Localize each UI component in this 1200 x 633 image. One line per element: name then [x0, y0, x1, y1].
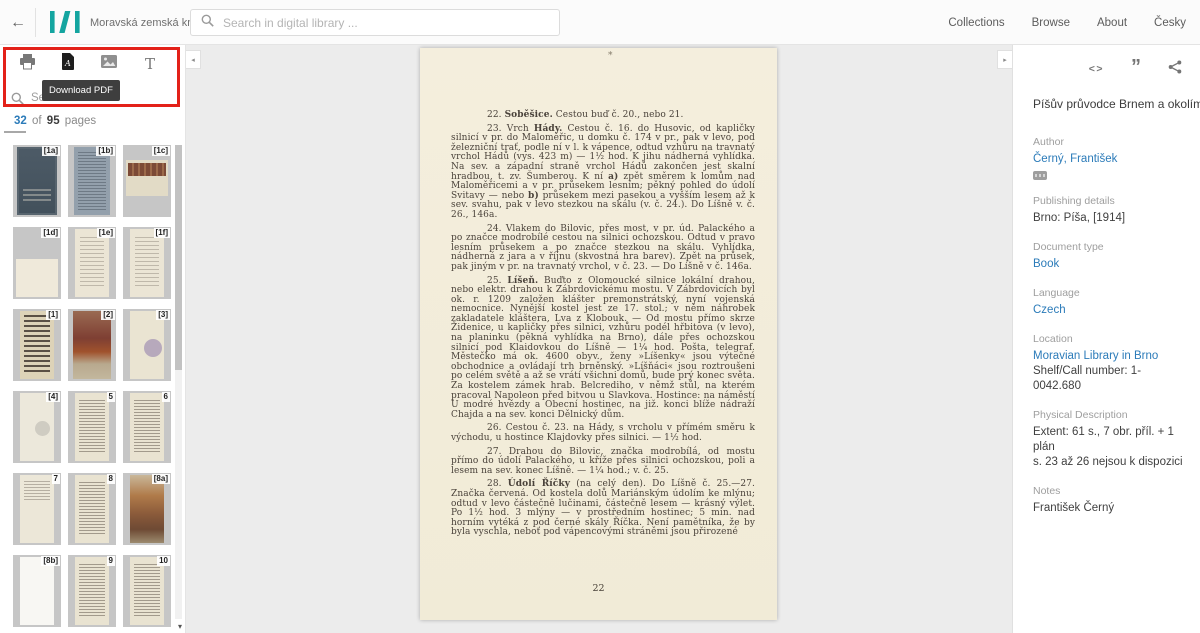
- thumbnail-image: [130, 557, 164, 625]
- thumbnail-image: [75, 229, 109, 297]
- app-window: ← Moravská zemská knihovna Search in dig…: [0, 0, 1200, 633]
- global-search-input[interactable]: Search in digital library ...: [190, 9, 560, 36]
- embed-code-icon[interactable]: <>: [1089, 63, 1104, 75]
- thumbnail-label: [8a]: [152, 474, 170, 484]
- page-text: 22. Soběšice. Cestou buď č. 20., nebo 21…: [451, 111, 755, 542]
- field-value-link[interactable]: Book: [1033, 257, 1186, 272]
- thumbnail-page-5[interactable]: 5: [68, 391, 116, 463]
- thumbnail-label: 5: [107, 392, 115, 402]
- left-panel: A T Se: [0, 45, 186, 633]
- metadata-field: NotesFrantišek Černý: [1033, 485, 1186, 516]
- thumbnail-grid: [1a][1b][1c][1d][1e][1f][1][2][3][4]5678…: [13, 145, 171, 627]
- metadata-fields: AuthorČerný, FrantišekPublishing details…: [1013, 136, 1200, 516]
- share-icon[interactable]: [1168, 60, 1182, 79]
- page-paragraph: 28. Údolí Říčky (na celý den). Do Líšně …: [451, 480, 755, 538]
- metadata-field: Physical DescriptionExtent: 61 s., 7 obr…: [1033, 409, 1186, 470]
- pages-label: pages: [63, 115, 98, 127]
- document-toolbar: A T: [0, 52, 177, 76]
- citation-quote-icon[interactable]: ”: [1131, 63, 1141, 75]
- field-value: František Černý: [1033, 501, 1186, 516]
- thumbnail-page-8b[interactable]: [8b]: [13, 555, 61, 627]
- thumbnail-image: [130, 393, 164, 461]
- thumbnail-page-10[interactable]: 10: [123, 555, 171, 627]
- print-button[interactable]: [16, 53, 38, 75]
- library-logo-icon[interactable]: [50, 11, 80, 38]
- nav-collections[interactable]: Collections: [948, 17, 1004, 29]
- authority-badge-icon: [1033, 171, 1047, 180]
- page-mark: *: [608, 51, 613, 61]
- field-label: Physical Description: [1033, 409, 1186, 421]
- thumbnail-label: [3]: [156, 310, 170, 320]
- pdf-icon: A: [61, 53, 75, 75]
- back-icon[interactable]: ←: [6, 11, 30, 35]
- pager-underline: [4, 131, 26, 133]
- metadata-field: Document typeBook: [1033, 241, 1186, 272]
- thumbnail-page-1a[interactable]: [1a]: [13, 145, 61, 217]
- field-label: Language: [1033, 287, 1186, 299]
- top-bar: ← Moravská zemská knihovna Search in dig…: [0, 0, 1200, 45]
- text-icon: T: [145, 57, 155, 72]
- nav-language-cesky[interactable]: Česky: [1154, 17, 1186, 29]
- field-label: Notes: [1033, 485, 1186, 497]
- metadata-field: LocationMoravian Library in BrnoShelf/Ca…: [1033, 333, 1186, 394]
- thumbnail-page-1f[interactable]: [1f]: [123, 227, 171, 299]
- thumbnail-page-9[interactable]: 9: [68, 555, 116, 627]
- search-icon: [201, 14, 214, 32]
- viewer-area: ◂ ▸ * 22. Soběšice. Cestou buď č. 20., n…: [186, 45, 1012, 633]
- thumbnail-image: [130, 475, 164, 543]
- thumbnail-image: [130, 229, 164, 297]
- thumbnail-page-1c[interactable]: [1c]: [123, 145, 171, 217]
- nav-browse[interactable]: Browse: [1032, 17, 1070, 29]
- scrollbar-thumb[interactable]: [175, 145, 182, 370]
- image-icon: [101, 55, 117, 73]
- thumbnail-label: [1e]: [97, 228, 115, 238]
- thumbnail-label: [1c]: [152, 146, 170, 156]
- total-page-count: 95: [47, 115, 60, 127]
- page-number: 22: [420, 583, 777, 594]
- field-value-link[interactable]: Černý, František: [1033, 152, 1186, 167]
- thumbnail-label: [8b]: [41, 556, 60, 566]
- metadata-panel: <> ” Píšův průvodce Brnem a okolím Autho…: [1012, 45, 1200, 633]
- thumbnail-image: [16, 259, 58, 297]
- thumbnail-label: 10: [157, 556, 170, 566]
- current-page-count[interactable]: 32: [14, 115, 27, 127]
- field-value: Brno: Píša, [1914]: [1033, 211, 1186, 226]
- thumbnail-image: [75, 393, 109, 461]
- thumbnail-label: [2]: [101, 310, 115, 320]
- download-pdf-button[interactable]: A: [57, 53, 79, 75]
- thumbnail-label: 6: [162, 392, 170, 402]
- field-label: Author: [1033, 136, 1186, 148]
- field-value: Shelf/Call number: 1-0042.680: [1033, 364, 1186, 394]
- thumbnail-label: [1b]: [96, 146, 115, 156]
- scroll-down-icon[interactable]: ▾: [178, 622, 182, 631]
- thumbnail-image: [17, 147, 57, 215]
- field-value: s. 23 až 26 nejsou k dispozici: [1033, 455, 1186, 470]
- thumbnail-label: [1]: [46, 310, 60, 320]
- thumbnail-page-1d[interactable]: [1d]: [13, 227, 61, 299]
- nav-about[interactable]: About: [1097, 17, 1127, 29]
- page-counter: 32 of 95 pages: [14, 115, 98, 127]
- thumbnail-image: [20, 475, 54, 543]
- document-title: Píšův průvodce Brnem a okolím: [1033, 97, 1200, 111]
- field-label: Location: [1033, 333, 1186, 345]
- thumbnail-label: [1d]: [41, 228, 60, 238]
- thumbnail-label: 8: [107, 474, 115, 484]
- page-paragraph: 25. Líšeň. Buďto z Olomoucké silnice lok…: [451, 277, 755, 421]
- thumbnail-page-8[interactable]: 8: [68, 473, 116, 545]
- thumbnail-page-4[interactable]: [4]: [13, 391, 61, 463]
- thumbnail-page-1e[interactable]: [1e]: [68, 227, 116, 299]
- page-paragraph: 26. Cestou č. 23. na Hády, s vrcholu v p…: [451, 424, 755, 443]
- field-label: Publishing details: [1033, 195, 1186, 207]
- thumbnail-label: [1f]: [154, 228, 170, 238]
- text-view-button[interactable]: T: [139, 53, 161, 75]
- metadata-panel-actions: <> ”: [1013, 45, 1200, 78]
- thumbnail-page-2[interactable]: [2]: [68, 309, 116, 381]
- metadata-field: AuthorČerný, František: [1033, 136, 1186, 180]
- thumbnail-label: 7: [52, 474, 60, 484]
- field-value-link[interactable]: Czech: [1033, 303, 1186, 318]
- thumbnail-image: [20, 311, 54, 379]
- thumbnail-image: [75, 557, 109, 625]
- book-page-scan[interactable]: * 22. Soběšice. Cestou buď č. 20., nebo …: [420, 48, 777, 620]
- metadata-field: LanguageCzech: [1033, 287, 1186, 318]
- field-label: Document type: [1033, 241, 1186, 253]
- download-pdf-tooltip: Download PDF: [42, 80, 120, 101]
- image-view-button[interactable]: [98, 53, 120, 75]
- svg-text:A: A: [64, 59, 71, 68]
- thumbnail-image: [75, 475, 109, 543]
- thumbnail-label: [1a]: [42, 146, 60, 156]
- thumbnail-label: [4]: [46, 392, 60, 402]
- thumbnail-image: [126, 160, 168, 196]
- field-value-link[interactable]: Moravian Library in Brno: [1033, 349, 1186, 364]
- thumbnail-page-8a[interactable]: [8a]: [123, 473, 171, 545]
- search-placeholder: Search in digital library ...: [223, 16, 358, 30]
- thumbnail-image: [130, 311, 164, 379]
- thumbnail-page-1[interactable]: [1]: [13, 309, 61, 381]
- thumbnail-page-6[interactable]: 6: [123, 391, 171, 463]
- top-nav: Collections Browse About Česky: [948, 0, 1186, 45]
- page-paragraph: 23. Vrch Hády. Cestou č. 16. do Husovic,…: [451, 125, 755, 221]
- thumbnail-label: 9: [107, 556, 115, 566]
- page-paragraph: 22. Soběšice. Cestou buď č. 20., nebo 21…: [451, 111, 755, 121]
- thumbnail-image: [74, 147, 110, 215]
- thumbnail-page-3[interactable]: [3]: [123, 309, 171, 381]
- search-icon: [11, 92, 24, 105]
- thumbnail-page-7[interactable]: 7: [13, 473, 61, 545]
- field-value: Extent: 61 s., 7 obr. příl. + 1 plán: [1033, 425, 1186, 455]
- thumbnail-scrollbar[interactable]: [175, 145, 182, 619]
- thumbnail-image: [20, 557, 54, 625]
- topbar-divider: [35, 8, 36, 37]
- of-label: of: [30, 115, 44, 127]
- metadata-field: Publishing detailsBrno: Píša, [1914]: [1033, 195, 1186, 226]
- print-icon: [19, 54, 36, 75]
- thumbnail-image: [73, 311, 111, 379]
- thumbnail-page-1b[interactable]: [1b]: [68, 145, 116, 217]
- page-paragraph: 27. Drahou do Bilovic, značka modrobílá,…: [451, 448, 755, 477]
- collapse-left-panel-button[interactable]: ◂: [186, 50, 201, 69]
- collapse-right-panel-button[interactable]: ▸: [997, 50, 1012, 69]
- thumbnail-image: [20, 393, 54, 461]
- page-paragraph: 24. Vlakem do Bilovic, přes most, v pr. …: [451, 225, 755, 273]
